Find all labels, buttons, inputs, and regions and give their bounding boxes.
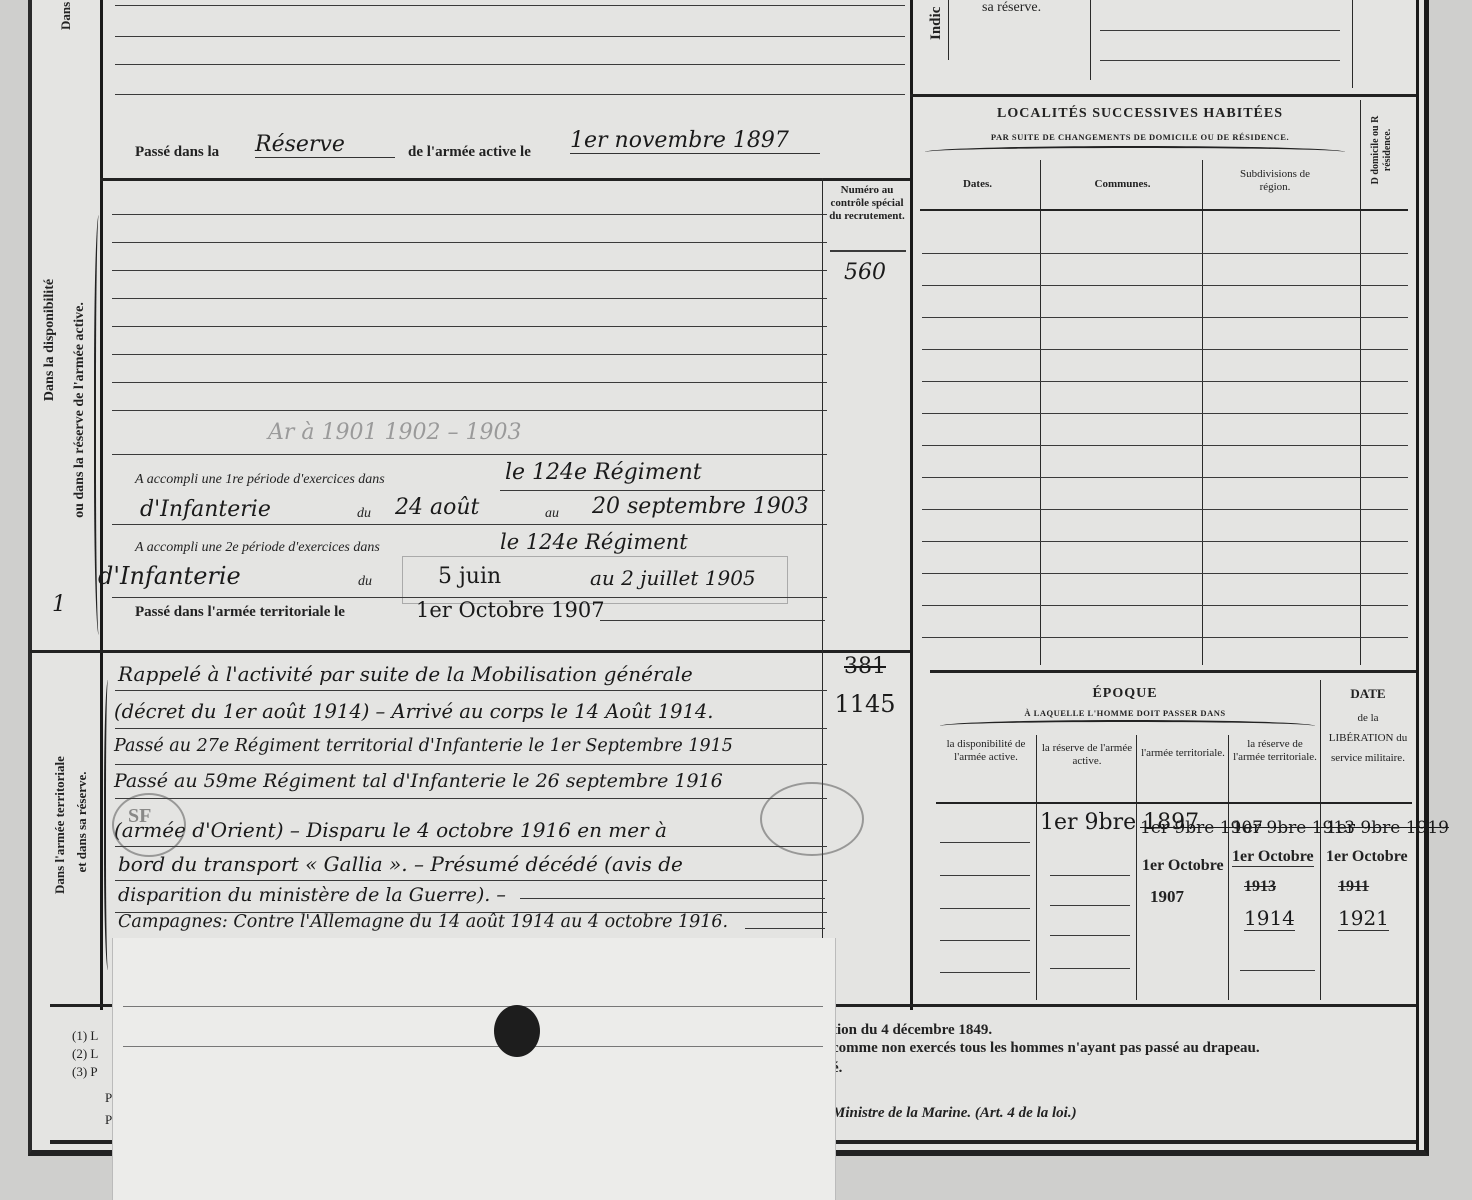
footnote-line-2: comme non exercés tous les hommes n'ayan… [832, 1040, 1260, 1057]
localites-subtitle: PAR SUITE DE CHANGEMENTS DE DOMICILE OU … [920, 132, 1360, 142]
territoriale-side-label-1: Dans l'armée territoriale [52, 705, 68, 945]
epoque-reserve-territoriale-value-2: 1914 [1244, 906, 1295, 931]
ruled-line [115, 690, 827, 691]
period1-from-value: 24 août [395, 495, 479, 520]
epoque-territoriale-value-1: 1er Octobre [1142, 857, 1224, 875]
ruled-line [1100, 30, 1340, 31]
ruled-line [745, 928, 825, 929]
passe-reserve-date: 1er novembre 1897 [570, 128, 820, 154]
ruled-line [922, 349, 1408, 350]
passe-reserve-label: Passé dans la [135, 144, 219, 161]
ruled-line [520, 898, 825, 899]
punch-hole [494, 1005, 540, 1057]
localites-title: LOCALITÉS SUCCESSIVES HABITÉES [920, 106, 1360, 122]
vertical-rule [1036, 735, 1037, 1000]
period1-to-label: au [545, 506, 559, 522]
epoque-subtitle: À LAQUELLE L'HOMME DOIT PASSER DANS [935, 708, 1315, 718]
attached-paper-slip [112, 938, 836, 1200]
ruled-line [922, 573, 1408, 574]
epoque-reserve-territoriale-struck-2: 1913 [1244, 878, 1276, 896]
period1-to-value: 20 septembre 1903 [592, 494, 809, 519]
ruled-line [112, 354, 827, 355]
numero-value-top: 560 [830, 260, 900, 285]
ruled-line [115, 5, 905, 6]
ruled-line [940, 972, 1030, 973]
ruled-line [600, 620, 825, 621]
epoque-col-reserve-active: la réserve de l'armée active. [1040, 742, 1134, 768]
entry-line: Rappelé à l'activité par suite de la Mob… [118, 662, 693, 686]
period1-unit: le 124e Régiment [505, 460, 702, 485]
liberation-value-2: 1921 [1338, 906, 1389, 931]
passe-reserve-middle-label: de l'armée active le [408, 144, 531, 161]
brace-horizontal [925, 146, 1345, 158]
ruled-line [123, 1006, 823, 1007]
liberation-subtitle: de la LIBÉRATION du service militaire. [1324, 708, 1412, 768]
vertical-rule [1090, 0, 1091, 80]
ruled-line [922, 285, 1408, 286]
ruled-line [1050, 935, 1130, 936]
vertical-rule [948, 0, 949, 60]
footnote-marker: (2) L [72, 1046, 98, 1062]
ruled-line [115, 728, 827, 729]
period2-to-value: au 2 juillet 1905 [590, 566, 756, 590]
vertical-rule [1352, 0, 1353, 88]
ruled-line [922, 253, 1408, 254]
ruled-line [112, 242, 827, 243]
passe-territoriale-label: Passé dans l'armée territoriale le [135, 604, 345, 621]
localites-col-subdivisions: Subdivisions de région. [1225, 168, 1325, 194]
ruled-line [115, 64, 905, 65]
ruled-line [1050, 905, 1130, 906]
ruled-line [922, 509, 1408, 510]
ruled-line [940, 875, 1030, 876]
ruled-line [1050, 875, 1130, 876]
header-rule [830, 250, 906, 252]
numero-value-bottom: 1145 [830, 690, 900, 718]
ruled-line [112, 382, 827, 383]
ruled-line [115, 798, 827, 799]
epoque-col-reserve-territoriale: la réserve de l'armée territoriale. [1232, 738, 1318, 764]
section-divider [30, 650, 910, 653]
ruled-line [123, 1046, 823, 1047]
disponibilite-side-label-1: Dans la disponibilité [42, 170, 58, 510]
center-divider [910, 0, 913, 1010]
vertical-rule [1320, 680, 1321, 1000]
epoque-title: ÉPOQUE [935, 686, 1315, 702]
faded-annotation: Ar à 1901 1902 – 1903 [268, 420, 521, 445]
section-divider [930, 670, 1416, 673]
entry-line: (armée d'Orient) – Disparu le 4 octobre … [114, 818, 667, 842]
ruled-line [940, 940, 1030, 941]
period1-from-label: du [357, 506, 371, 522]
margin-mark: 1 [52, 592, 66, 617]
period1-unit-cont: d'Infanterie [140, 497, 271, 522]
ruled-line [112, 454, 827, 455]
entry-line: disparition du ministère de la Guerre). … [118, 884, 506, 906]
ruled-line [115, 880, 827, 881]
epoque-territoriale-value-2: 1907 [1150, 887, 1184, 907]
ruled-line [112, 270, 827, 271]
liberation-title: DATE [1324, 686, 1412, 702]
entry-line: (décret du 1er août 1914) – Arrivé au co… [114, 700, 714, 723]
brace-horizontal [940, 720, 1315, 732]
passe-territoriale-date: 1er Octobre 1907 [416, 598, 605, 622]
ruled-line [112, 524, 827, 525]
epoque-col-territoriale: l'armée territoriale. [1140, 744, 1226, 762]
footnote-marker: (1) L [72, 1028, 98, 1044]
postal-stamp-right [760, 782, 864, 856]
top-side-label: Dans [58, 2, 74, 30]
ruled-line [112, 410, 827, 411]
ruled-line [115, 36, 905, 37]
disponibilite-side-label-2: ou dans la réserve de l'armée active. [72, 230, 88, 590]
localites-col-communes: Communes. [1045, 178, 1200, 190]
entry-line: bord du transport « Gallia ». – Présumé … [118, 852, 683, 876]
vertical-rule [822, 178, 823, 1008]
entry-line: Passé au 27e Régiment territorial d'Infa… [114, 736, 733, 756]
section-divider [100, 178, 910, 181]
ruled-line [922, 413, 1408, 414]
passe-reserve-branch: Réserve [255, 132, 395, 158]
liberation-struck: 1er 9bre 1919 [1326, 818, 1449, 838]
vertical-rule [1136, 735, 1137, 1000]
ruled-line [1100, 60, 1340, 61]
ruled-line [940, 842, 1030, 843]
ruled-line [940, 908, 1030, 909]
ruled-line [922, 445, 1408, 446]
epoque-col-disponibilite: la disponibilité de l'armée active. [938, 738, 1034, 764]
section-divider [910, 94, 1416, 97]
localites-col-domicile: D domicile ou R résidence. [1370, 100, 1394, 200]
liberation-struck-2: 1911 [1338, 878, 1369, 896]
ruled-line [1240, 970, 1315, 971]
right-border [1416, 0, 1419, 1150]
header-rule [936, 802, 1412, 804]
period1-label: A accompli une 1re période d'exercices d… [135, 472, 385, 488]
ruled-line [115, 764, 827, 765]
indic-label: Indic [928, 7, 945, 40]
period2-unit-cont: d'Infanterie [98, 562, 241, 590]
period2-from-value: 5 juin [438, 564, 501, 589]
ruled-line [1050, 968, 1130, 969]
period2-from-label: du [358, 574, 372, 590]
numero-header: Numéro au contrôle spécial du recrutemen… [826, 184, 908, 223]
ruled-line [922, 605, 1408, 606]
vertical-rule [1360, 100, 1361, 665]
ruled-line [922, 477, 1408, 478]
ruled-line [112, 298, 827, 299]
period2-label: A accompli une 2e période d'exercices da… [135, 540, 380, 556]
period2-unit: le 124e Régiment [500, 530, 688, 554]
stamp-text: SF [128, 805, 151, 828]
ruled-line [922, 317, 1408, 318]
liberation-value-1: 1er Octobre [1326, 848, 1408, 866]
ruled-line [115, 94, 905, 95]
entry-line: Passé au 59me Régiment tal d'Infanterie … [114, 770, 723, 792]
localites-col-dates: Dates. [920, 178, 1035, 190]
footnote-marker: (3) P [72, 1064, 98, 1080]
ruled-line [112, 326, 827, 327]
ruled-line [112, 214, 827, 215]
ruled-line [922, 637, 1408, 638]
header-rule [920, 209, 1408, 211]
ruled-line [115, 846, 827, 847]
ruled-line [922, 381, 1408, 382]
footnote-line-5: Ministre de la Marine. (Art. 4 de la loi… [832, 1105, 1077, 1122]
epoque-reserve-territoriale-value-1: 1er Octobre [1232, 848, 1314, 867]
numero-value-struck: 381 [830, 654, 900, 679]
ruled-line [922, 541, 1408, 542]
territoriale-side-label-2: et dans sa réserve. [74, 722, 90, 922]
reserve-fragment: sa réserve. [982, 0, 1041, 16]
entry-line: Campagnes: Contre l'Allemagne du 14 août… [118, 912, 728, 932]
footnote-line-1: tion du 4 décembre 1849. [832, 1022, 992, 1039]
vertical-rule [1228, 735, 1229, 1000]
ruled-line [500, 490, 825, 491]
